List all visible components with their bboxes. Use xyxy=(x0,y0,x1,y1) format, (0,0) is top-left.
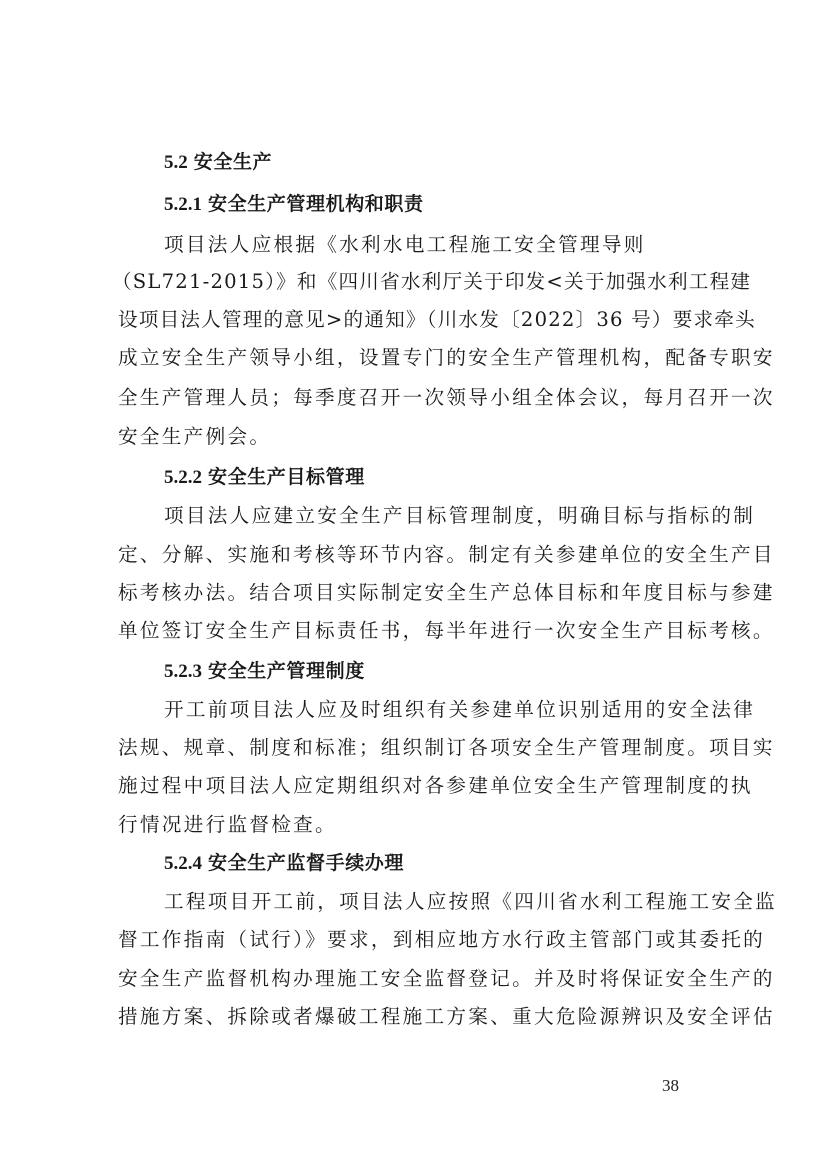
paragraph-line: 措施方案、拆除或者爆破工程施工方案、重大危险源辨识及安全评估 xyxy=(118,1002,702,1032)
paragraph-line: 项目法人应建立安全生产目标管理制度，明确目标与指标的制 xyxy=(164,501,702,531)
paragraph-line: 安全生产例会。 xyxy=(118,422,702,452)
section-number: 5.2.1 xyxy=(164,194,202,215)
section-title: 安全生产监督手续办理 xyxy=(208,852,404,874)
paragraph-line: 设项目法人管理的意见>的通知》（川水发〔2022〕36 号）要求牵头 xyxy=(118,305,702,335)
paragraph-line: 督工作指南（试行）》要求，到相应地方水行政主管部门或其委托的 xyxy=(118,925,702,955)
paragraph-line: 施过程中项目法人应定期组织对各参建单位安全生产管理制度的执 xyxy=(118,771,702,801)
page-number: 38 xyxy=(662,1076,679,1096)
section-title: 安全生产目标管理 xyxy=(208,466,365,488)
paragraph-line: 法规、规章、制度和标准；组织制订各项安全生产管理制度。项目实 xyxy=(118,733,702,763)
section-heading-5-2-3: 5.2.3安全生产管理制度 xyxy=(164,656,365,686)
paragraph-line: 成立安全生产领导小组，设置专门的安全生产管理机构，配备专职安 xyxy=(118,343,702,373)
paragraph-line: （SL721-2015）》和《四川省水利厅关于印发<关于加强水利工程建 xyxy=(112,267,696,297)
paragraph-line: 全生产管理人员；每季度召开一次领导小组全体会议，每月召开一次 xyxy=(118,383,702,413)
section-number: 5.2.3 xyxy=(164,661,202,682)
section-number: 5.2.4 xyxy=(164,853,202,874)
paragraph-line: 标考核办法。结合项目实际制定安全生产总体目标和年度目标与参建 xyxy=(118,578,702,608)
paragraph-line: 安全生产监督机构办理施工安全监督登记。并及时将保证安全生产的 xyxy=(118,964,702,994)
paragraph-line: 定、分解、实施和考核等环节内容。制定有关参建单位的安全生产目 xyxy=(118,540,702,570)
section-heading-5-2-4: 5.2.4安全生产监督手续办理 xyxy=(164,848,404,878)
section-heading-5-2-2: 5.2.2安全生产目标管理 xyxy=(164,462,365,492)
paragraph-line: 项目法人应根据《水利水电工程施工安全管理导则 xyxy=(164,230,702,260)
paragraph-line: 工程项目开工前，项目法人应按照《四川省水利工程施工安全监 xyxy=(164,887,702,917)
paragraph-line: 行情况进行监督检查。 xyxy=(118,810,702,840)
section-number: 5.2.2 xyxy=(164,467,202,488)
section-heading-5-2-1: 5.2.1安全生产管理机构和职责 xyxy=(164,189,424,219)
section-number: 5.2 xyxy=(164,152,188,173)
paragraph-line: 单位签订安全生产目标责任书，每半年进行一次安全生产目标考核。 xyxy=(118,616,702,646)
section-title: 安全生产管理制度 xyxy=(208,660,365,682)
section-title: 安全生产 xyxy=(194,151,272,173)
section-heading-5-2: 5.2安全生产 xyxy=(164,147,272,177)
section-title: 安全生产管理机构和职责 xyxy=(208,193,424,215)
paragraph-line: 开工前项目法人应及时组织有关参建单位识别适用的安全法律 xyxy=(164,695,702,725)
